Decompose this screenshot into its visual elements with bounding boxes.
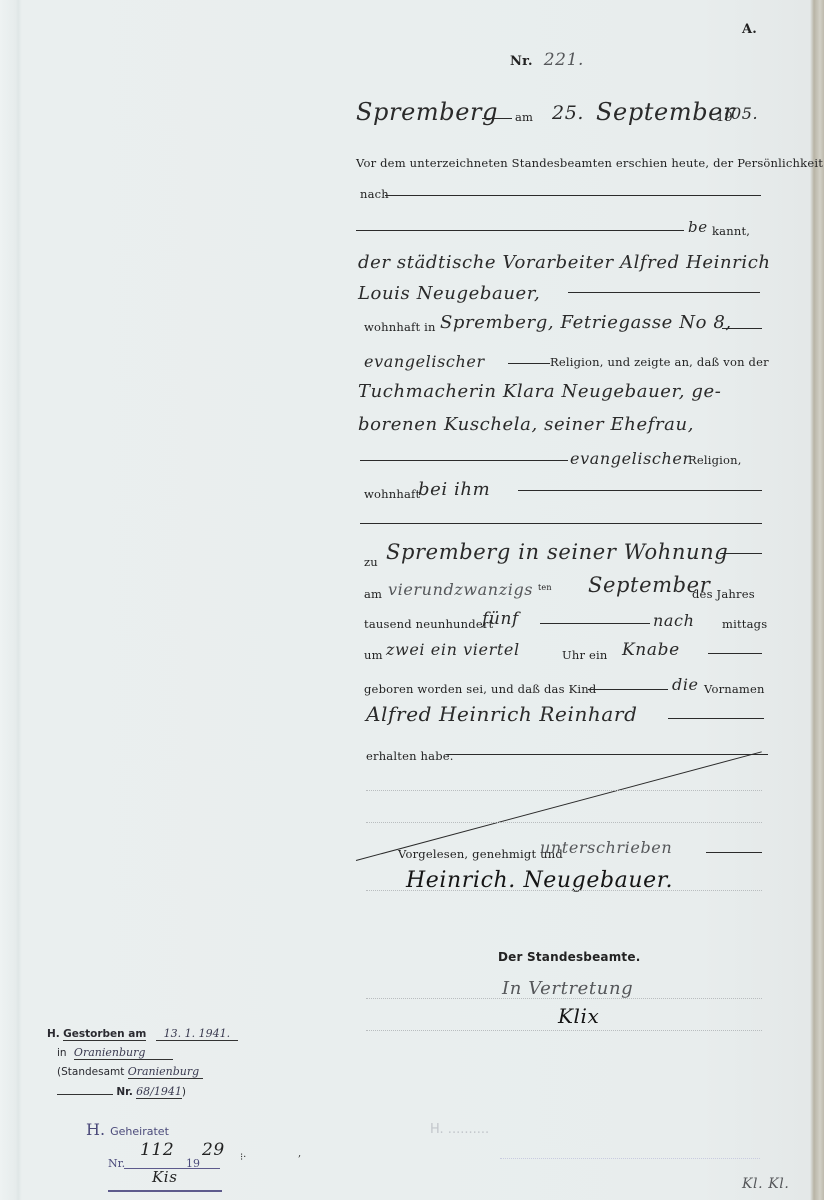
mother-line-1: Tuchmacherin Klara Neugebauer, ge-: [358, 381, 721, 402]
rule: [508, 363, 550, 364]
rule: [708, 653, 762, 654]
death-close-paren: ): [182, 1086, 186, 1098]
bleed-through-rule: [500, 1158, 760, 1159]
mittags-label: mittags: [722, 617, 767, 631]
registration-place: Spremberg: [356, 98, 498, 126]
marriage-signature: Kis: [152, 1168, 178, 1186]
declarant-address: Spremberg, Fetriegasse No 8,: [440, 312, 732, 333]
registration-day: 25.: [552, 102, 584, 124]
am-label: am: [364, 587, 382, 601]
birth-time: zwei ein viertel: [386, 640, 520, 659]
death-nr-blank: [57, 1084, 113, 1095]
die-hand: die: [672, 675, 699, 694]
child-sex: Knabe: [622, 640, 680, 660]
unterschrieben-hand: unterschrieben: [540, 838, 672, 857]
rule: [722, 328, 762, 329]
nach-label: nach: [360, 187, 389, 201]
intro-text: Vor dem unterzeichneten Standesbeamten e…: [356, 156, 823, 170]
registrar-title: Der Standesbeamte.: [498, 950, 640, 964]
birth-day: vierundzwanzigs: [388, 580, 533, 599]
birth-place: Spremberg in seiner Wohnung: [386, 540, 728, 564]
time-period: nach: [653, 611, 695, 630]
mother-religion-label: Religion,: [688, 453, 742, 467]
dotted-rule: [366, 890, 762, 891]
dotted-rule: [366, 822, 762, 823]
entry-number: Nr. 221.: [510, 50, 584, 70]
geboren-text: geboren worden sei, und daß das Kind: [364, 682, 596, 696]
rule: [568, 292, 760, 293]
marriage-note: H. Geheiratet: [86, 1120, 169, 1139]
religion-text: Religion, und zeigte an, daß von der: [550, 355, 769, 369]
marriage-label: Geheiratet: [110, 1125, 169, 1138]
entry-number-label: Nr.: [510, 54, 533, 69]
death-nr-value: 68/1941: [136, 1085, 182, 1099]
declarant-surname: Louis Neugebauer,: [358, 283, 540, 304]
dotted-rule: [366, 1030, 762, 1031]
death-prefix: H.: [47, 1028, 60, 1040]
registrar-signature: Klix: [558, 1004, 599, 1028]
vorgelesen-text: Vorgelesen, genehmigt und: [398, 847, 563, 861]
death-note-line-4: Nr. 68/1941): [57, 1084, 186, 1098]
registrar-note: In Vertretung: [502, 978, 633, 999]
entry-number-value: 221.: [544, 50, 584, 70]
registration-year-hand: 05.: [731, 104, 758, 123]
rule: [385, 195, 761, 196]
rule: [588, 689, 668, 690]
death-date: 13. 1. 1941.: [156, 1027, 238, 1041]
death-office: Oranienburg: [128, 1065, 203, 1079]
rule: [360, 523, 762, 524]
death-place: Oranienburg: [74, 1046, 173, 1060]
zu-label: zu: [364, 555, 378, 569]
vornamen-label: Vornamen: [704, 682, 765, 696]
death-label: Gestorben am: [63, 1028, 146, 1041]
ink-specks: ⁝·: [240, 1152, 246, 1163]
bleed-through-text: H. ..........: [430, 1122, 489, 1137]
date-prefix: am: [515, 110, 533, 124]
birth-day-suffix: ten: [538, 583, 552, 592]
rule: [540, 623, 650, 624]
mother-wohnhaft-label: wohnhaft: [364, 487, 420, 501]
death-in-label: in: [57, 1047, 67, 1059]
death-note-line-2: in Oranienburg: [57, 1046, 173, 1059]
mother-residence: bei ihm: [418, 479, 490, 500]
form-letter: A.: [742, 22, 757, 37]
dotted-rule: [366, 790, 762, 791]
registration-month: September: [596, 98, 735, 126]
death-note-line-3: (Standesamt Oranienburg: [57, 1065, 203, 1078]
bekannt-hand: be: [688, 218, 708, 236]
uhr-ein: Uhr ein: [562, 648, 608, 662]
birth-year-word: fünf: [482, 609, 519, 629]
rule: [446, 754, 768, 755]
mother-religion: evangelischer: [570, 449, 691, 468]
wohnhaft-label: wohnhaft in: [364, 320, 436, 334]
rule: [356, 230, 684, 231]
marriage-prefix: H.: [86, 1120, 105, 1139]
rule: [482, 118, 512, 119]
death-note-line-1: H. Gestorben am 13. 1. 1941.: [47, 1027, 238, 1040]
rule: [668, 718, 764, 719]
bottom-initials: Kl. Kl.: [742, 1176, 789, 1192]
death-nr-label: Nr.: [116, 1086, 132, 1098]
register-page: A. Nr. 221. Spremberg am 25. September 1…: [0, 0, 824, 1200]
dotted-rule: [366, 998, 762, 999]
rule: [518, 490, 762, 491]
erhalten-label: erhalten habe.: [366, 749, 454, 763]
marriage-nr-value: 112: [140, 1140, 174, 1160]
rule: [720, 553, 762, 554]
marriage-nr-label: Nr.: [108, 1157, 125, 1170]
rule: [360, 460, 568, 461]
death-office-label: (Standesamt: [57, 1066, 124, 1078]
declarant-occupation-name: der städtische Vorarbeiter Alfred Heinri…: [358, 252, 771, 273]
marriage-underline: [108, 1190, 222, 1192]
child-given-names: Alfred Heinrich Reinhard: [366, 702, 638, 726]
des-jahres: des Jahres: [692, 587, 755, 601]
mother-line-2: borenen Kuschela, seiner Ehefrau,: [358, 414, 694, 435]
place-date-line: Spremberg: [356, 98, 498, 126]
um-label: um: [364, 648, 383, 662]
ink-speck: ,: [298, 1148, 301, 1159]
bekannt-print: kannt,: [712, 224, 750, 238]
declarant-religion: evangelischer: [364, 352, 485, 371]
rule: [706, 852, 762, 853]
marriage-year-value: 29: [202, 1140, 225, 1160]
tausend-label: tausend neunhundert: [364, 617, 493, 631]
